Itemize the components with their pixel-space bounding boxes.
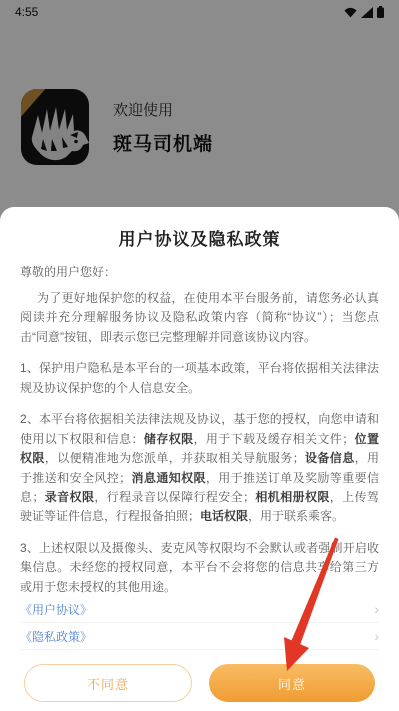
- dialog-title: 用户协议及隐私政策: [20, 225, 379, 250]
- agreement-links: 《用户协议》 › 《隐私政策》 ›: [20, 596, 379, 650]
- app-screen: 4:55: [0, 0, 399, 711]
- privacy-policy-link[interactable]: 《隐私政策》 ›: [20, 623, 379, 650]
- dialog-actions: 不同意 同意: [20, 664, 379, 702]
- disagree-button[interactable]: 不同意: [24, 664, 192, 702]
- user-agreement-label: 《用户协议》: [20, 601, 92, 618]
- salutation: 尊敬的用户您好：: [20, 263, 379, 280]
- chevron-right-icon: ›: [374, 602, 379, 616]
- paragraph-3: 3、上述权限以及摄像头、麦克风等权限均不会默认或者强制开启收集信息。未经您的授权…: [20, 539, 379, 596]
- paragraph-2: 2、本平台将依据相关法律法规及协议，基于您的授权，向您申请和使用以下权限和信息：…: [20, 410, 379, 527]
- agree-button[interactable]: 同意: [209, 664, 375, 702]
- paragraph-intro: 为了更好地保护您的权益，在使用本平台服务前，请您务必认真阅读并充分理解服务协议及…: [20, 289, 379, 347]
- privacy-policy-label: 《隐私政策》: [20, 628, 92, 645]
- user-agreement-link[interactable]: 《用户协议》 ›: [20, 596, 379, 623]
- paragraph-1: 1、保护用户隐私是本平台的一项基本政策，平台将依据相关法律法规及协议保护您的个人…: [20, 359, 379, 398]
- chevron-right-icon: ›: [374, 629, 379, 643]
- privacy-policy-dialog: 用户协议及隐私政策 尊敬的用户您好： 为了更好地保护您的权益，在使用本平台服务前…: [0, 207, 399, 711]
- dialog-body: 尊敬的用户您好： 为了更好地保护您的权益，在使用本平台服务前，请您务必认真阅读并…: [20, 263, 379, 596]
